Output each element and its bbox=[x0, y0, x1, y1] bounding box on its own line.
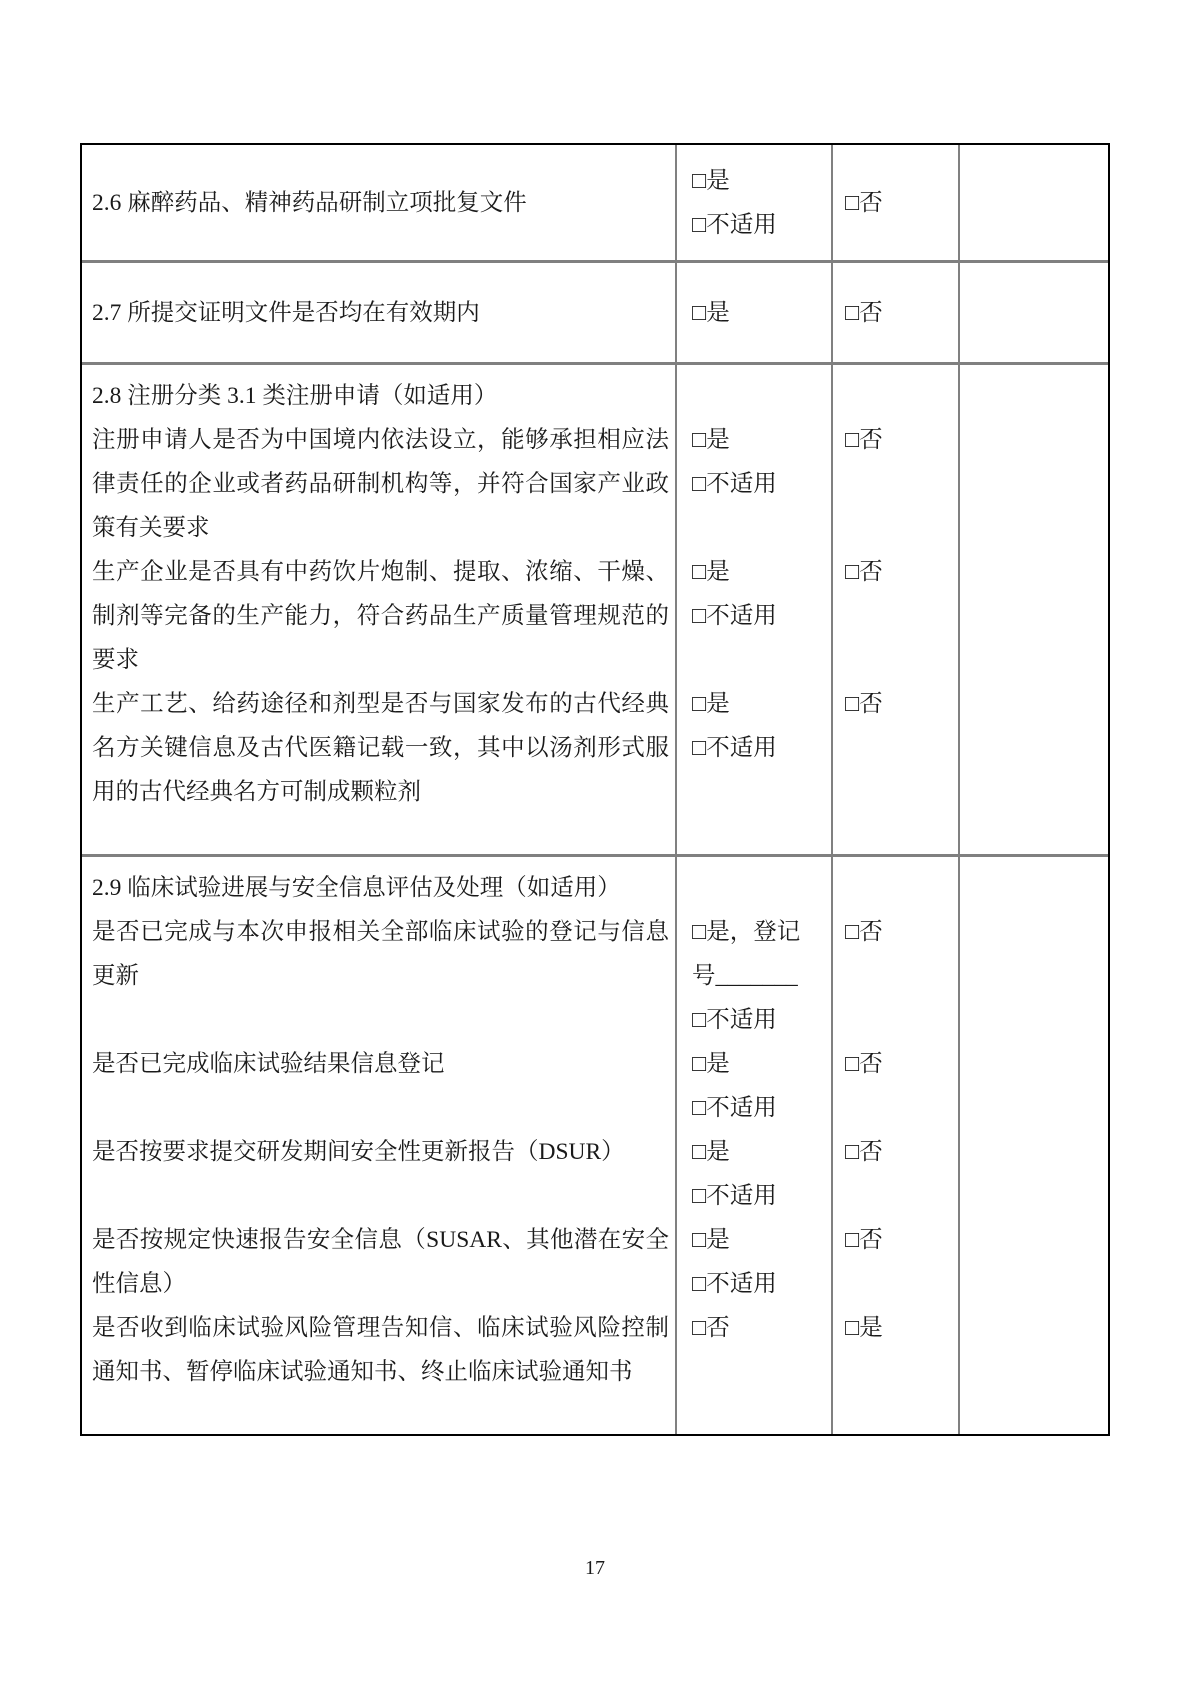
checkbox-option-na[interactable]: □不适用 bbox=[692, 594, 831, 638]
answer-cell-no: □否 bbox=[831, 1218, 958, 1306]
section-header-2-9: 2.9 临床试验进展与安全信息评估及处理（如适用） bbox=[92, 866, 669, 910]
sub-question-row: 生产工艺、给药途径和剂型是否与国家发布的古代经典名方关键信息及古代医籍记载一致，… bbox=[82, 682, 1108, 814]
empty-remark-cell bbox=[958, 682, 1108, 814]
sub-question-row: 是否按规定快速报告安全信息（SUSAR、其他潜在安全性信息） □是 □不适用 □… bbox=[82, 1218, 1108, 1306]
empty-cell bbox=[831, 857, 958, 910]
answer-cell-no: □否 bbox=[831, 682, 958, 814]
answer-cell: □是 □不适用 bbox=[675, 550, 831, 682]
checklist-table: 2.6 麻醉药品、精神药品研制立项批复文件 □是 □不适用 □否 2.7 所提交… bbox=[80, 143, 1110, 1436]
empty-remark-cell bbox=[958, 1130, 1108, 1218]
empty-cell bbox=[831, 1394, 958, 1434]
question-text: 生产工艺、给药途径和剂型是否与国家发布的古代经典名方关键信息及古代医籍记载一致，… bbox=[92, 682, 669, 814]
answer-cell: □是 bbox=[675, 263, 831, 362]
question-text: 是否按要求提交研发期间安全性更新报告（DSUR） bbox=[92, 1130, 669, 1174]
checkbox-option-no[interactable]: □否 bbox=[845, 181, 883, 225]
question-text: 生产企业是否具有中药饮片炮制、提取、浓缩、干燥、制剂等完备的生产能力，符合药品生… bbox=[92, 550, 669, 682]
checkbox-option-yes[interactable]: □是 bbox=[692, 291, 831, 335]
empty-cell bbox=[675, 814, 831, 854]
checkbox-option-no[interactable]: □否 bbox=[845, 291, 883, 335]
answer-cell: □是 □不适用 bbox=[675, 1218, 831, 1306]
checkbox-option-na[interactable]: □不适用 bbox=[692, 1174, 831, 1218]
checkbox-option-no[interactable]: □否 bbox=[845, 682, 958, 726]
checkbox-option-no[interactable]: □否 bbox=[845, 418, 958, 462]
question-cell: 2.6 麻醉药品、精神药品研制立项批复文件 bbox=[82, 145, 675, 260]
table-row-2-7: 2.7 所提交证明文件是否均在有效期内 □是 □否 bbox=[82, 260, 1108, 362]
answer-cell-no: □否 bbox=[831, 550, 958, 682]
empty-remark-cell bbox=[958, 1394, 1108, 1434]
table-row-2-8: 2.8 注册分类 3.1 类注册申请（如适用） 注册申请人是否为中国境内依法设立… bbox=[82, 362, 1108, 854]
empty-cell bbox=[675, 857, 831, 910]
answer-cell-yes: □是 bbox=[831, 1306, 958, 1394]
question-text-2-7: 2.7 所提交证明文件是否均在有效期内 bbox=[92, 291, 480, 335]
empty-cell bbox=[831, 365, 958, 418]
checkbox-option-yes[interactable]: □是 bbox=[692, 1130, 831, 1174]
empty-remark-cell bbox=[958, 365, 1108, 418]
checkbox-option-na[interactable]: □不适用 bbox=[692, 203, 831, 247]
checkbox-option-no[interactable]: □否 bbox=[845, 550, 958, 594]
section-header-cell: 2.9 临床试验进展与安全信息评估及处理（如适用） bbox=[82, 857, 675, 910]
checkbox-option-no[interactable]: □否 bbox=[845, 1130, 958, 1174]
checkbox-option-na[interactable]: □不适用 bbox=[692, 998, 831, 1042]
question-text: 是否已完成临床试验结果信息登记 bbox=[92, 1042, 669, 1086]
question-cell: 生产企业是否具有中药饮片炮制、提取、浓缩、干燥、制剂等完备的生产能力，符合药品生… bbox=[82, 550, 675, 682]
empty-remark-cell bbox=[958, 1218, 1108, 1306]
answer-cell: □是 □不适用 bbox=[675, 1130, 831, 1218]
sub-question-row: 是否已完成临床试验结果信息登记 □是 □不适用 □否 bbox=[82, 1042, 1108, 1130]
answer-cell: □是 □不适用 bbox=[675, 145, 831, 260]
section-header-2-8: 2.8 注册分类 3.1 类注册申请（如适用） bbox=[92, 374, 669, 418]
sub-question-row: 是否按要求提交研发期间安全性更新报告（DSUR） □是 □不适用 □否 bbox=[82, 1130, 1108, 1218]
table-row-2-9: 2.9 临床试验进展与安全信息评估及处理（如适用） 是否已完成与本次申报相关全部… bbox=[82, 854, 1108, 1434]
empty-remark-cell bbox=[958, 145, 1108, 260]
question-text: 是否已完成与本次申报相关全部临床试验的登记与信息更新 bbox=[92, 910, 669, 998]
empty-cell bbox=[82, 1394, 675, 1434]
question-cell: 是否按规定快速报告安全信息（SUSAR、其他潜在安全性信息） bbox=[82, 1218, 675, 1306]
checkbox-option-yes[interactable]: □是 bbox=[692, 682, 831, 726]
empty-cell bbox=[675, 365, 831, 418]
question-cell: 注册申请人是否为中国境内依法设立，能够承担相应法律责任的企业或者药品研制机构等，… bbox=[82, 418, 675, 550]
empty-remark-cell bbox=[958, 857, 1108, 910]
empty-remark-cell bbox=[958, 418, 1108, 550]
checkbox-option-yes-regno[interactable]: □是，登记 bbox=[692, 910, 831, 954]
empty-cell bbox=[82, 814, 675, 854]
question-text: 是否收到临床试验风险管理告知信、临床试验风险控制通知书、暂停临床试验通知书、终止… bbox=[92, 1306, 669, 1394]
checkbox-option-na[interactable]: □不适用 bbox=[692, 462, 831, 506]
empty-remark-cell bbox=[958, 910, 1108, 1042]
sub-question-row: 注册申请人是否为中国境内依法设立，能够承担相应法律责任的企业或者药品研制机构等，… bbox=[82, 418, 1108, 550]
page-number: 17 bbox=[0, 1556, 1190, 1580]
table-row-2-6: 2.6 麻醉药品、精神药品研制立项批复文件 □是 □不适用 □否 bbox=[82, 145, 1108, 260]
spacer-row bbox=[82, 814, 1108, 854]
empty-remark-cell bbox=[958, 1042, 1108, 1130]
checkbox-option-yes[interactable]: □是 bbox=[692, 550, 831, 594]
question-cell: 是否收到临床试验风险管理告知信、临床试验风险控制通知书、暂停临床试验通知书、终止… bbox=[82, 1306, 675, 1394]
checkbox-option-yes[interactable]: □是 bbox=[692, 159, 831, 203]
checkbox-option-na[interactable]: □不适用 bbox=[692, 726, 831, 770]
empty-cell bbox=[675, 1394, 831, 1434]
empty-cell bbox=[831, 814, 958, 854]
checkbox-option-yes[interactable]: □是 bbox=[692, 1042, 831, 1086]
regno-blank-line[interactable]: 号_______ bbox=[692, 954, 831, 998]
empty-remark-cell bbox=[958, 550, 1108, 682]
answer-cell-no: □否 bbox=[831, 1042, 958, 1130]
answer-cell: □否 bbox=[675, 1306, 831, 1394]
checkbox-option-yes[interactable]: □是 bbox=[845, 1306, 958, 1350]
answer-cell-no: □否 bbox=[831, 263, 958, 362]
section-header-cell: 2.8 注册分类 3.1 类注册申请（如适用） bbox=[82, 365, 675, 418]
checkbox-option-no[interactable]: □否 bbox=[692, 1306, 831, 1350]
checkbox-option-na[interactable]: □不适用 bbox=[692, 1086, 831, 1130]
question-cell: 2.7 所提交证明文件是否均在有效期内 bbox=[82, 263, 675, 362]
checkbox-option-na[interactable]: □不适用 bbox=[692, 1262, 831, 1306]
sub-question-row: 生产企业是否具有中药饮片炮制、提取、浓缩、干燥、制剂等完备的生产能力，符合药品生… bbox=[82, 550, 1108, 682]
question-cell: 是否按要求提交研发期间安全性更新报告（DSUR） bbox=[82, 1130, 675, 1218]
answer-cell-no: □否 bbox=[831, 418, 958, 550]
question-text-2-6: 2.6 麻醉药品、精神药品研制立项批复文件 bbox=[92, 181, 527, 225]
answer-cell: □是 □不适用 bbox=[675, 1042, 831, 1130]
answer-cell-no: □否 bbox=[831, 145, 958, 260]
checkbox-option-no[interactable]: □否 bbox=[845, 1042, 958, 1086]
question-cell: 生产工艺、给药途径和剂型是否与国家发布的古代经典名方关键信息及古代医籍记载一致，… bbox=[82, 682, 675, 814]
sub-question-row: 是否已完成与本次申报相关全部临床试验的登记与信息更新 □是，登记 号______… bbox=[82, 910, 1108, 1042]
question-text: 是否按规定快速报告安全信息（SUSAR、其他潜在安全性信息） bbox=[92, 1218, 669, 1306]
sub-question-row: 是否收到临床试验风险管理告知信、临床试验风险控制通知书、暂停临床试验通知书、终止… bbox=[82, 1306, 1108, 1394]
answer-cell: □是 □不适用 bbox=[675, 682, 831, 814]
question-cell: 是否已完成与本次申报相关全部临床试验的登记与信息更新 bbox=[82, 910, 675, 1042]
answer-cell-no: □否 bbox=[831, 910, 958, 1042]
empty-remark-cell bbox=[958, 1306, 1108, 1394]
question-cell: 是否已完成临床试验结果信息登记 bbox=[82, 1042, 675, 1130]
spacer-row bbox=[82, 1394, 1108, 1434]
answer-cell: □是 □不适用 bbox=[675, 418, 831, 550]
checkbox-option-no[interactable]: □否 bbox=[845, 1218, 958, 1262]
empty-remark-cell bbox=[958, 814, 1108, 854]
empty-remark-cell bbox=[958, 263, 1108, 362]
checkbox-option-yes[interactable]: □是 bbox=[692, 418, 831, 462]
question-text: 注册申请人是否为中国境内依法设立，能够承担相应法律责任的企业或者药品研制机构等，… bbox=[92, 418, 669, 550]
answer-cell: □是，登记 号_______ □不适用 bbox=[675, 910, 831, 1042]
answer-cell-no: □否 bbox=[831, 1130, 958, 1218]
checkbox-option-yes[interactable]: □是 bbox=[692, 1218, 831, 1262]
checkbox-option-no[interactable]: □否 bbox=[845, 910, 958, 954]
